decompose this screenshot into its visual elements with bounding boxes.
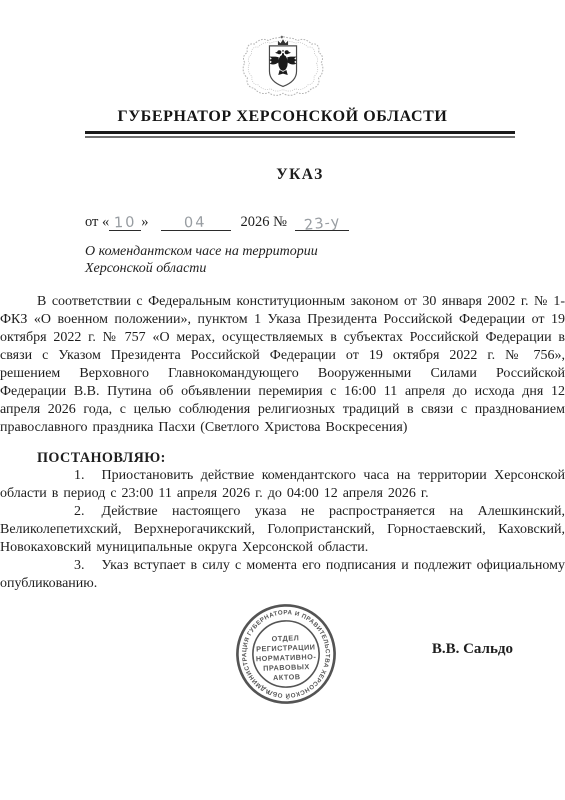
signature-block: АДМИНИСТРАЦИЯ ГУБЕРНАТОРА И ПРАВИТЕЛЬСТВ…	[85, 601, 515, 712]
document-page: ГУБЕРНАТОР ХЕРСОНСКОЙ ОБЛАСТИ УКАЗ от «1…	[0, 0, 565, 800]
quote-close: »	[141, 214, 148, 230]
decree-number-field: 23-у	[295, 215, 349, 231]
resolution-heading: ПОСТАНОВЛЯЮ:	[0, 450, 565, 467]
letterhead-org-name: ГУБЕРНАТОР ХЕРСОНСКОЙ ОБЛАСТИ	[0, 108, 565, 126]
month-handwritten: 04	[184, 216, 207, 232]
decree-number-handwritten: 23-у	[303, 215, 341, 234]
stamp-line-4: ПРАВОВЫХ	[263, 662, 310, 673]
coat-of-arms	[0, 34, 565, 100]
decree-point-2: 2.Действие настоящего указа не распростр…	[0, 503, 565, 557]
stamp-line-5: АКТОВ	[273, 672, 301, 682]
double-eagle-emblem-icon	[239, 34, 327, 100]
day-field: 10	[109, 215, 141, 231]
point-number: 1.	[37, 467, 85, 485]
letterhead-rule	[85, 131, 515, 138]
preamble-paragraph: В соответствии с Федеральным конституцио…	[0, 293, 565, 437]
decree-point-3: 3.Указ вступает в силу с момента его под…	[0, 557, 565, 593]
month-field: 04	[161, 215, 231, 231]
point-text: Указ вступает в силу с момента его подпи…	[0, 558, 565, 591]
point-text: Действие настоящего указа не распростран…	[0, 504, 565, 555]
decree-title: УКАЗ	[85, 166, 515, 184]
decree-point-1: 1.Приостановить действие комендантского …	[0, 467, 565, 503]
date-number-line: от «10»042026 №23-у	[85, 214, 515, 231]
round-stamp-icon: АДМИНИСТРАЦИЯ ГУБЕРНАТОРА И ПРАВИТЕЛЬСТВ…	[231, 599, 341, 709]
day-handwritten: 10	[114, 216, 137, 232]
point-number: 3.	[37, 557, 85, 575]
point-number: 2.	[37, 503, 85, 521]
decree-subject: О комендантском часе на территории Херсо…	[85, 244, 515, 277]
stamp-line-1: ОТДЕЛ	[272, 633, 300, 643]
year-label: 2026	[241, 214, 270, 230]
signatory-name: В.В. Сальдо	[432, 641, 513, 658]
registration-stamp: АДМИНИСТРАЦИЯ ГУБЕРНАТОРА И ПРАВИТЕЛЬСТВ…	[233, 601, 339, 712]
point-text: Приостановить действие комендантского ча…	[0, 468, 565, 501]
number-sign: №	[273, 214, 287, 230]
date-prefix: от «	[85, 214, 109, 230]
